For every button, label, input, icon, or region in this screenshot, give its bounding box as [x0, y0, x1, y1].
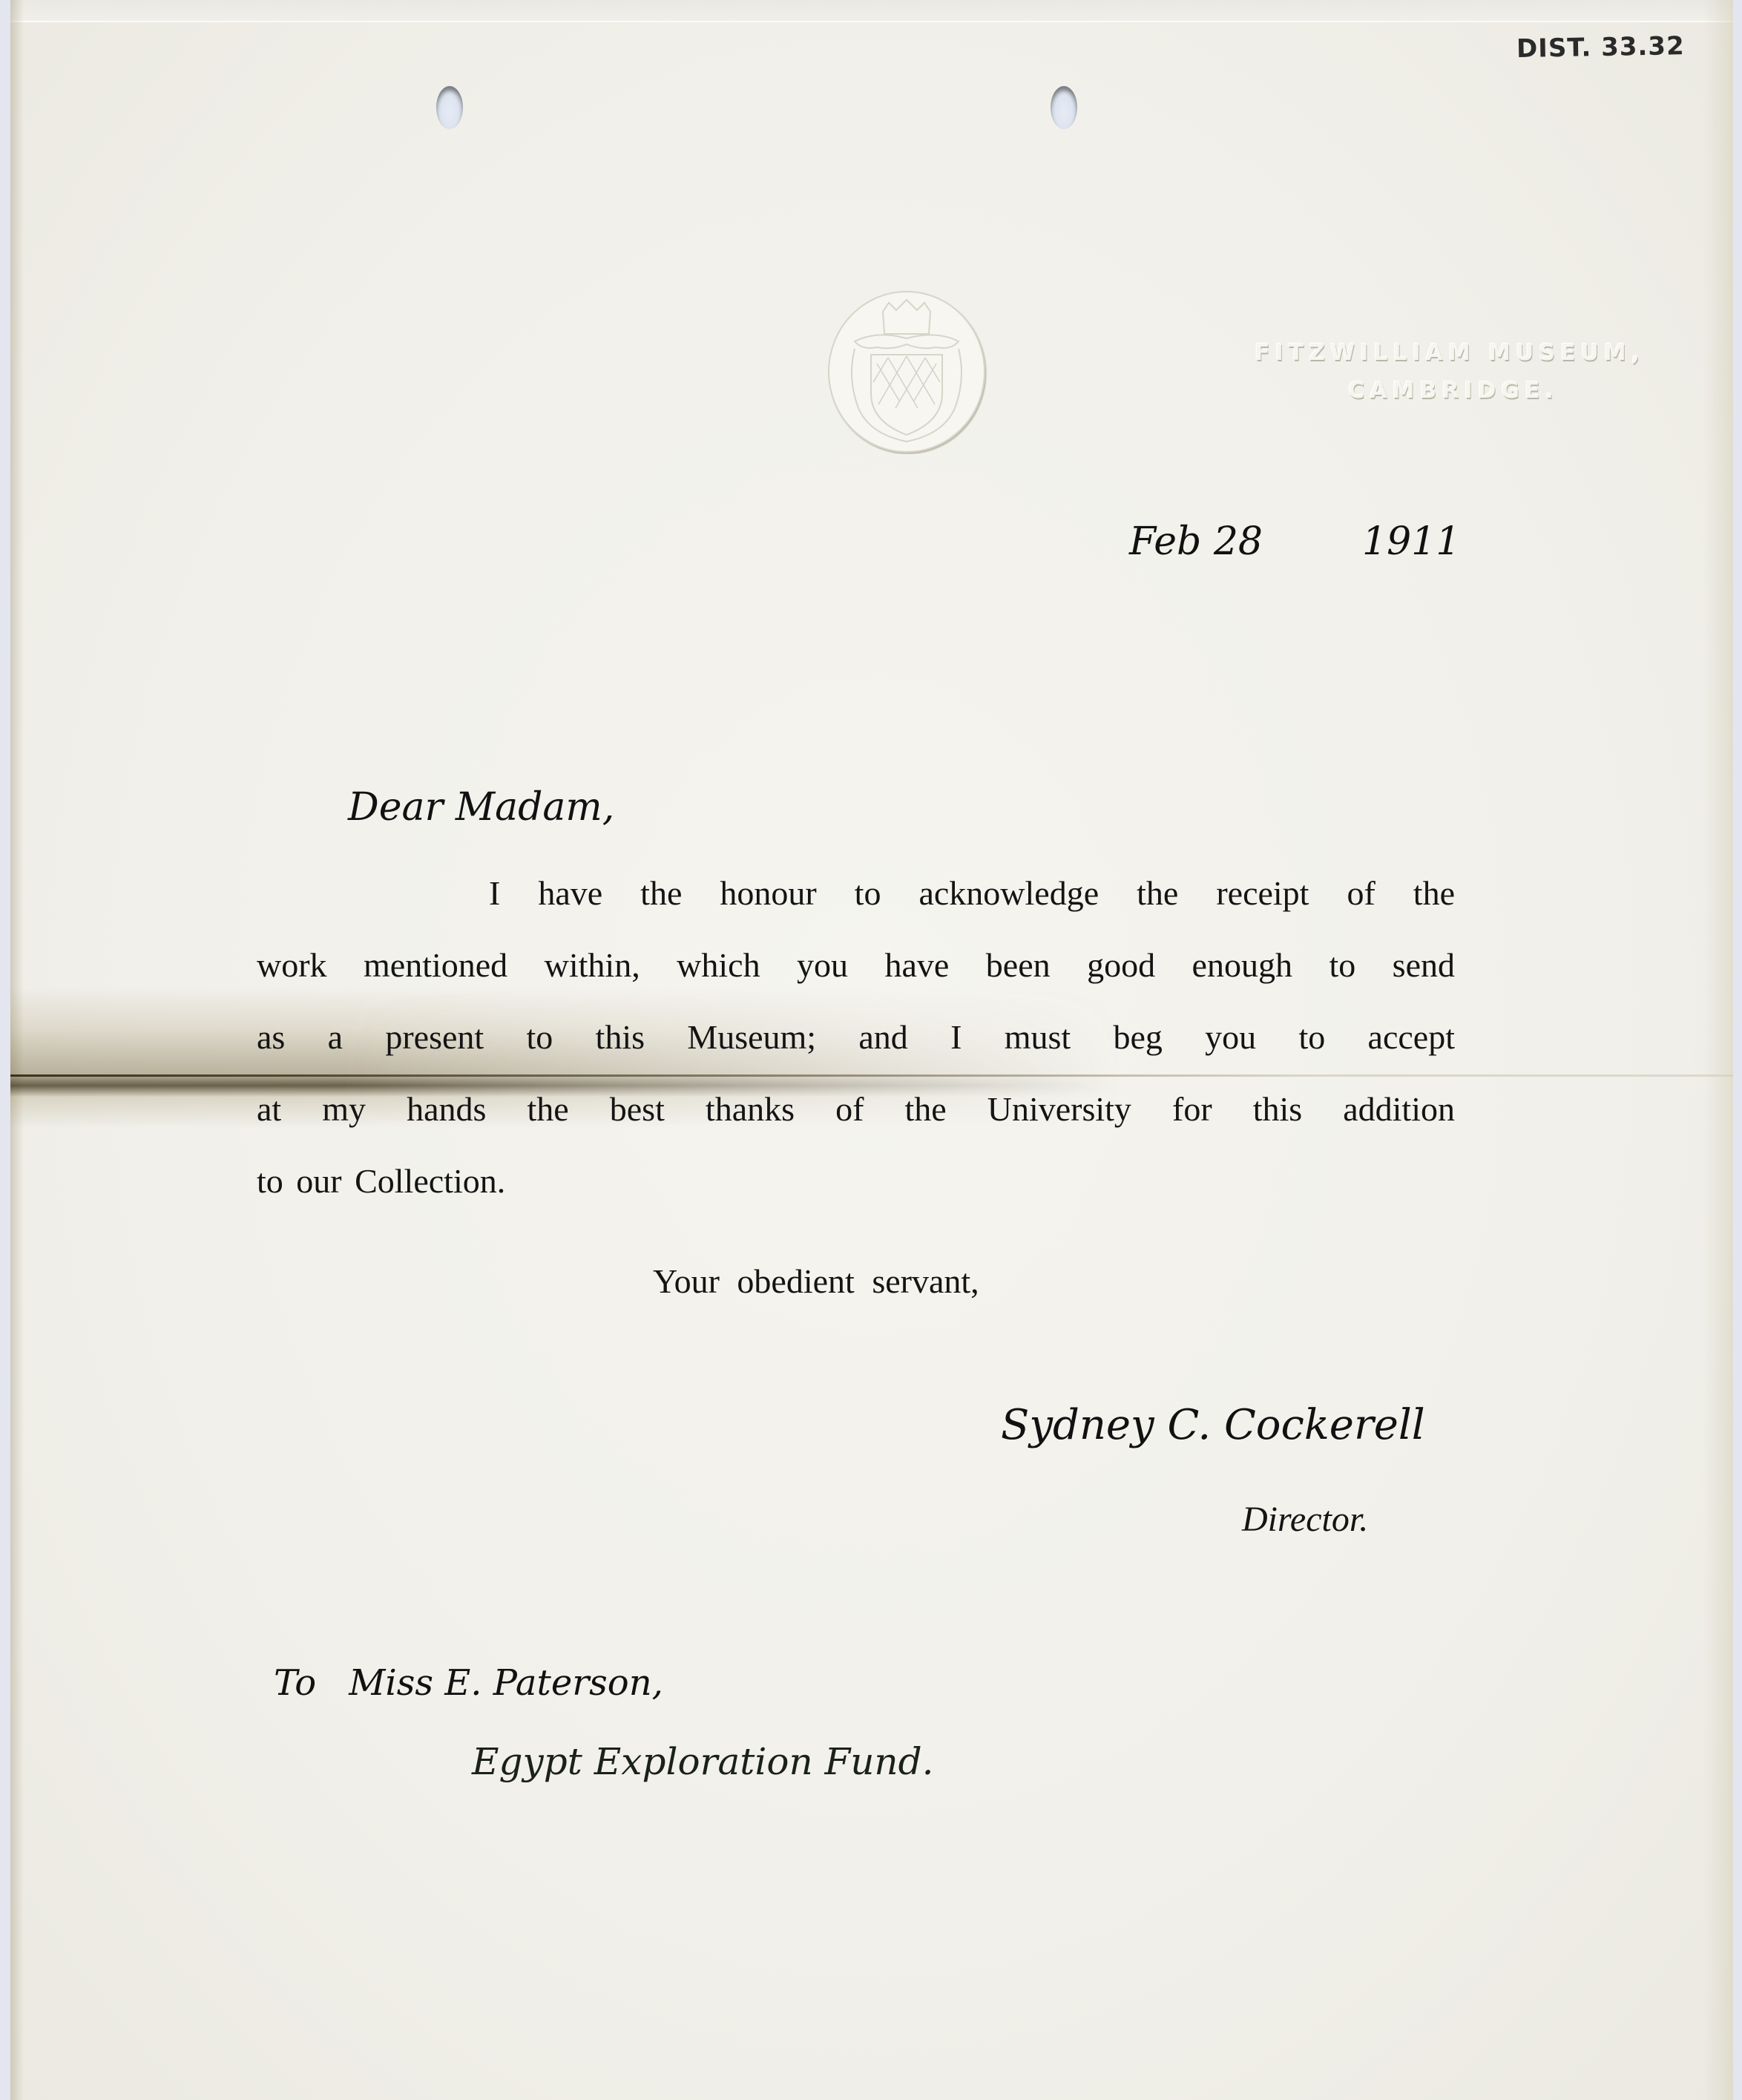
letterhead: FITZWILLIAM MUSEUM, CAMBRIDGE.	[1272, 340, 1657, 404]
letter-page: DIST. 33.32 FITZWILLIAM MUSEUM, CAMBRIDG…	[10, 0, 1733, 2100]
show-through-text	[381, 631, 388, 674]
body-line: to our Collection.	[257, 1145, 1455, 1217]
letterhead-city: CAMBRIDGE.	[1249, 378, 1657, 404]
salutation: Dear Madam,	[348, 785, 614, 830]
paper-right-edge	[1703, 0, 1733, 2100]
recipient-organization: Egypt Exploration Fund.	[472, 1740, 934, 1783]
letterhead-institution: FITZWILLIAM MUSEUM,	[1242, 340, 1657, 366]
signer-title: Director.	[1242, 1499, 1368, 1540]
recipient-line: ToMiss E. Paterson,	[274, 1662, 663, 1704]
closing: Your obedient servant,	[653, 1261, 979, 1301]
signature: Sydney C. Cockerell	[1001, 1401, 1425, 1449]
punch-hole-left	[436, 86, 463, 129]
body-line: I have the honour to acknowledge the rec…	[257, 857, 1455, 929]
recipient-prefix: To	[274, 1662, 316, 1704]
recipient-name: Miss E. Paterson,	[349, 1662, 663, 1704]
body-line: at my hands the best thanks of the Unive…	[257, 1073, 1455, 1145]
body-line: work mentioned within, which you have be…	[257, 929, 1455, 1001]
date-year: 1911	[1362, 519, 1460, 564]
date-month-day: Feb 28	[1129, 519, 1263, 564]
letter-body: I have the honour to acknowledge the rec…	[257, 857, 1455, 1217]
accession-number: DIST. 33.32	[1516, 31, 1685, 64]
embossed-crest-icon	[825, 289, 988, 454]
punch-hole-right	[1051, 86, 1077, 129]
body-line: as a present to this Museum; and I must …	[257, 1001, 1455, 1073]
